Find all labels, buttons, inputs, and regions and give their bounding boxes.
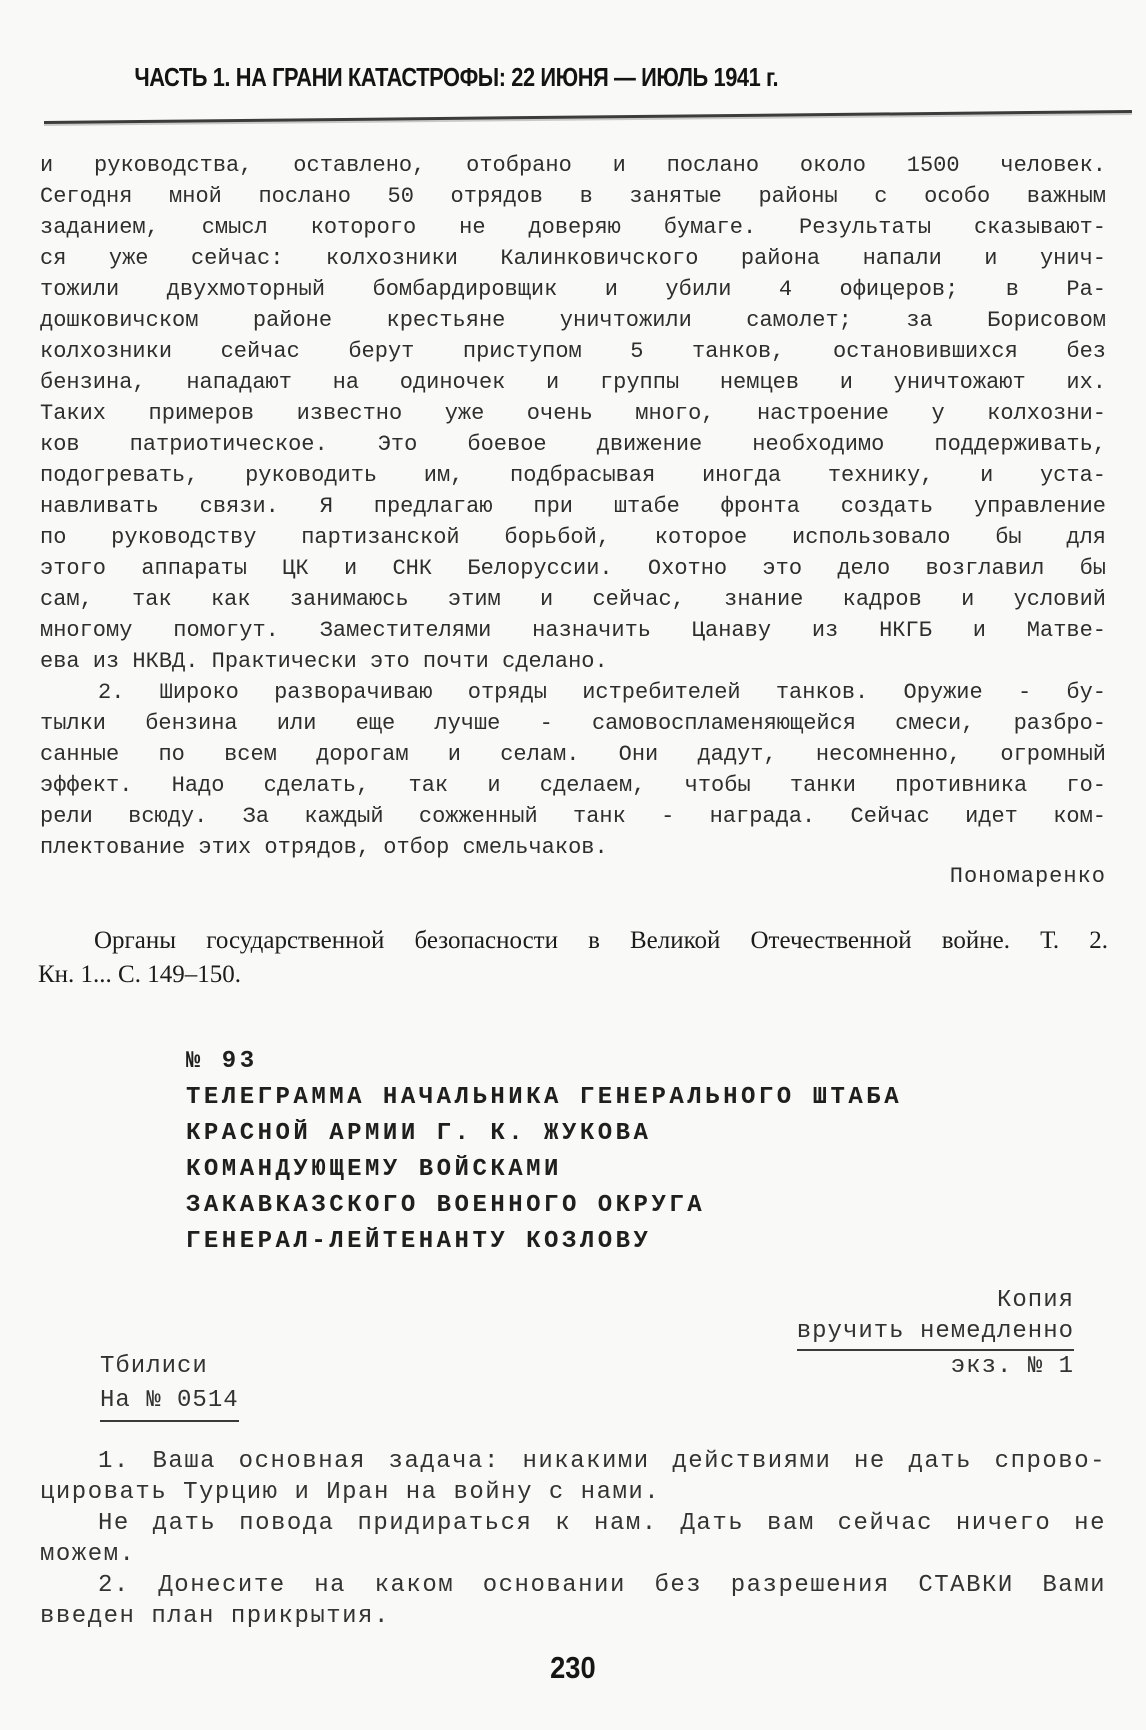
text-line: 2. Широко разворачиваю отряды истребител… bbox=[40, 677, 1106, 708]
running-header: ЧАСТЬ 1. НА ГРАНИ КАТАСТРОФЫ: 22 ИЮНЯ — … bbox=[0, 62, 912, 93]
text-line: дошковичском районе крестьяне уничтожили… bbox=[40, 305, 1106, 336]
doc93-paragraph-3: 2. Донесите на каком основании без разре… bbox=[40, 1570, 1106, 1632]
text-line: 1. Ваша основная задача: никакими действ… bbox=[40, 1446, 1106, 1477]
ponomarenko-report-body: и руководства, оставлено, отобрано и пос… bbox=[40, 150, 1106, 863]
document-title: ТЕЛЕГРАММА НАЧАЛЬНИКА ГЕНЕРАЛЬНОГО ШТАБА… bbox=[186, 1080, 902, 1260]
place-reference-block: Тбилиси На № 0514 bbox=[100, 1350, 239, 1422]
text-line: навливать связи. Я предлагаю при штабе ф… bbox=[40, 491, 1106, 522]
page-number: 230 bbox=[550, 1650, 596, 1686]
text-line: и руководства, оставлено, отобрано и пос… bbox=[40, 150, 1106, 181]
copy-number: экз. № 1 bbox=[797, 1351, 1074, 1382]
text-line: колхозники сейчас берут приступом 5 танк… bbox=[40, 336, 1106, 367]
delivery-note-block: Копия вручить немедленно экз. № 1 bbox=[797, 1285, 1074, 1382]
document-number: № 93 bbox=[186, 1044, 902, 1080]
text-line: бензина, нападают на одиночек и группы н… bbox=[40, 367, 1106, 398]
text-line: введен план прикрытия. bbox=[40, 1601, 1106, 1632]
text-line: ева из НКВД. Практически это почти сдела… bbox=[40, 646, 1106, 677]
urgency-note: вручить немедленно bbox=[797, 1316, 1074, 1351]
text-line: Органы государственной безопасности в Ве… bbox=[38, 924, 1108, 958]
text-line: эффект. Надо сделать, так и сделаем, что… bbox=[40, 770, 1106, 801]
page-number-container: 230 bbox=[0, 1650, 1146, 1686]
document-93-heading: № 93 ТЕЛЕГРАММА НАЧАЛЬНИКА ГЕНЕРАЛЬНОГО … bbox=[186, 1044, 902, 1260]
chapter-title: ЧАСТЬ 1. НА ГРАНИ КАТАСТРОФЫ: 22 ИЮНЯ — … bbox=[134, 62, 778, 93]
text-line: тожили двухмоторный бомбардировщик и уби… bbox=[40, 274, 1106, 305]
doc93-paragraph-2: Не дать повода придираться к нам. Дать в… bbox=[40, 1508, 1106, 1570]
text-line: ЗАКАВКАЗСКОГО ВОЕННОГО ОКРУГА bbox=[186, 1188, 902, 1224]
text-line: санные по всем дорогам и селам. Они даду… bbox=[40, 739, 1106, 770]
text-line: ТЕЛЕГРАММА НАЧАЛЬНИКА ГЕНЕРАЛЬНОГО ШТАБА bbox=[186, 1080, 902, 1116]
text-line: КРАСНОЙ АРМИИ Г. К. ЖУКОВА bbox=[186, 1116, 902, 1152]
report-signature: Пономаренко bbox=[40, 864, 1106, 889]
text-line: КОМАНДУЮЩЕМУ ВОЙСКАМИ bbox=[186, 1152, 902, 1188]
text-line: подогревать, руководить им, подбрасывая … bbox=[40, 460, 1106, 491]
text-line: по руководству партизанской борьбой, кот… bbox=[40, 522, 1106, 553]
text-line: сам, так как занимаюсь этим и сейчас, зн… bbox=[40, 584, 1106, 615]
text-line: можем. bbox=[40, 1539, 1106, 1570]
doc93-paragraph-1: 1. Ваша основная задача: никакими действ… bbox=[40, 1446, 1106, 1508]
text-line: цировать Турцию и Иран на войну с нами. bbox=[40, 1477, 1106, 1508]
text-line: ГЕНЕРАЛ-ЛЕЙТЕНАНТУ КОЗЛОВУ bbox=[186, 1224, 902, 1260]
report-paragraph-1: и руководства, оставлено, отобрано и пос… bbox=[40, 150, 1106, 677]
copy-label: Копия bbox=[797, 1285, 1074, 1316]
report-paragraph-2: 2. Широко разворачиваю отряды истребител… bbox=[40, 677, 1106, 863]
header-rule bbox=[44, 110, 1132, 124]
source-citation: Органы государственной безопасности в Ве… bbox=[38, 924, 1108, 992]
text-line: плектование этих отрядов, отбор смельчак… bbox=[40, 832, 1106, 863]
text-line: 2. Донесите на каком основании без разре… bbox=[40, 1570, 1106, 1601]
text-line: многому помогут. Заместителями назначить… bbox=[40, 615, 1106, 646]
text-line: Кн. 1... С. 149–150. bbox=[38, 958, 1108, 992]
text-line: Не дать повода придираться к нам. Дать в… bbox=[40, 1508, 1106, 1539]
text-line: Сегодня мной послано 50 отрядов в заняты… bbox=[40, 181, 1106, 212]
book-page: ЧАСТЬ 1. НА ГРАНИ КАТАСТРОФЫ: 22 ИЮНЯ — … bbox=[0, 0, 1146, 1730]
place-label: Тбилиси bbox=[100, 1350, 239, 1384]
text-line: ков патриотическое. Это боевое движение … bbox=[40, 429, 1106, 460]
text-line: ся уже сейчас: колхозники Калинковичског… bbox=[40, 243, 1106, 274]
document-93-body: 1. Ваша основная задача: никакими действ… bbox=[40, 1446, 1106, 1632]
text-line: заданием, смысл которого не доверяю бума… bbox=[40, 212, 1106, 243]
text-line: тылки бензина или еще лучше - самовоспла… bbox=[40, 708, 1106, 739]
text-line: Таких примеров известно уже очень много,… bbox=[40, 398, 1106, 429]
reference-number: На № 0514 bbox=[100, 1384, 239, 1422]
text-line: рели всюду. За каждый сожженный танк - н… bbox=[40, 801, 1106, 832]
text-line: этого аппараты ЦК и СНК Белоруссии. Охот… bbox=[40, 553, 1106, 584]
